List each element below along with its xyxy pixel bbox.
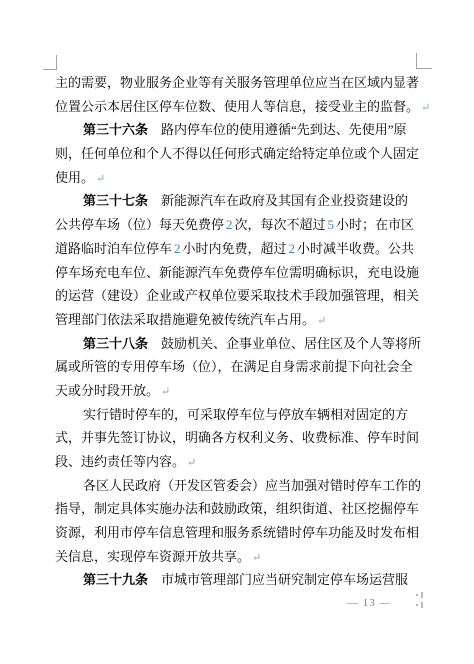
text-segment: 2 — [287, 241, 298, 256]
text-segment: 位置公示本居住区停车位数、使用人等信息，接受业主的监督。 — [55, 99, 419, 114]
text-segment: 管理部门依法采取措施避免被传统汽车占用。 — [55, 312, 315, 327]
text-line: 位置公示本居住区停车位数、使用人等信息，接受业主的监督。↵ — [55, 95, 421, 119]
text-segment: 式，并事先签订协议，明确各方权利义务、收费标准、停车时间 — [55, 430, 419, 445]
article-number: 第三十八条 — [83, 336, 148, 351]
paragraph-mark-icon: ↵ — [185, 457, 196, 469]
text-segment: 路内停车位的使用遵循“先到达、先使用”原 — [148, 122, 407, 137]
text-line: 第三十七条 新能源汽车在政府及其国有企业投资建设的 — [55, 189, 421, 213]
text-boundary-mark-bottom-right-dot — [416, 594, 418, 596]
text-boundary-mark-bottom-right-bar — [421, 592, 423, 598]
article-number: 第三十九条 — [83, 572, 148, 587]
text-segment: 的运营（建设）企业或产权单位要采取技术手段加强管理，相关 — [55, 288, 419, 303]
text-line: 第三十八条 鼓励机关、企事业单位、居住区及个人等将所 — [55, 332, 421, 356]
paragraph-mark-icon: ↵ — [250, 552, 261, 564]
page-number: — 13 — — [347, 597, 392, 609]
text-segment: 使用。 — [55, 170, 94, 185]
text-line: 则，任何单位和个人不得以任何形式确定给特定单位或个人固定 — [55, 142, 421, 166]
paragraph-mark-icon: ↵ — [315, 315, 326, 327]
text-line: 各区人民政府（开发区管委会）应当加强对错时停车工作的 — [55, 474, 421, 498]
text-segment: 属或所管的专用停车场（位），在满足自身需求前提下向社会全 — [55, 359, 413, 374]
text-segment: 5 — [326, 217, 337, 232]
text-boundary-mark-top-left — [43, 55, 57, 70]
article-number: 第三十七条 — [83, 193, 148, 208]
text-line: 指导，制定具体实施办法和鼓励政策，组织街道、社区挖掘停车 — [55, 497, 421, 521]
text-segment: 小时内免费，超过 — [183, 241, 287, 256]
text-segment: 市城市管理部门应当研究制定停车场运营服 — [148, 572, 408, 587]
text-segment: 停车场充电车位、新能源汽车免费停车位需明确标识，充电设施 — [55, 265, 419, 280]
text-boundary-mark-bottom-right-dot — [416, 604, 418, 606]
text-segment: 指导，制定具体实施办法和鼓励政策，组织街道、社区挖掘停车 — [55, 501, 419, 516]
text-segment: 小时；在市区 — [336, 217, 414, 232]
text-segment: 主的需要，物业服务企业等有关服务管理单位应当在区域内显著 — [55, 75, 419, 90]
text-line: 的运营（建设）企业或产权单位要采取技术手段加强管理，相关 — [55, 284, 421, 308]
text-segment: 小时减半收费。公共 — [297, 241, 414, 256]
text-line: 第三十六条 路内停车位的使用遵循“先到达、先使用”原 — [55, 118, 421, 142]
text-line: 关信息，实现停车资源开放共享。↵ — [55, 545, 421, 569]
text-segment: 2 — [172, 241, 183, 256]
text-segment: 天或分时段开放。 — [55, 383, 159, 398]
text-segment: 各区人民政府（开发区管委会）应当加强对错时停车工作的 — [83, 478, 421, 493]
text-block: 主的需要，物业服务企业等有关服务管理单位应当在区域内显著位置公示本居住区停车位数… — [55, 71, 421, 592]
paragraph-mark-icon: ↵ — [159, 386, 170, 398]
text-line: 停车场充电车位、新能源汽车免费停车位需明确标识，充电设施 — [55, 261, 421, 285]
paragraph-mark-icon: ↵ — [419, 102, 430, 114]
text-line: 第三十九条 市城市管理部门应当研究制定停车场运营服 — [55, 568, 421, 592]
text-segment: 资源，利用市停车信息管理和服务系统错时停车功能及时发布相 — [55, 525, 419, 540]
document-page: 主的需要，物业服务企业等有关服务管理单位应当在区域内显著位置公示本居住区停车位数… — [0, 0, 474, 664]
text-line: 属或所管的专用停车场（位），在满足自身需求前提下向社会全 — [55, 355, 421, 379]
text-segment: 关信息，实现停车资源开放共享。 — [55, 549, 250, 564]
text-boundary-mark-bottom-right-bar — [421, 602, 423, 608]
text-line: 道路临时泊车位停车2小时内免费，超过2小时减半收费。公共 — [55, 237, 421, 261]
text-segment: 鼓励机关、企事业单位、居住区及个人等将所 — [148, 336, 421, 351]
text-boundary-mark-top-right — [416, 53, 432, 69]
text-segment: 新能源汽车在政府及其国有企业投资建设的 — [148, 193, 408, 208]
text-segment: 次，每次不超过 — [235, 217, 326, 232]
text-segment: 段、违约责任等内容。 — [55, 454, 185, 469]
text-line: 公共停车场（位）每天免费停2次，每次不超过5小时；在市区 — [55, 213, 421, 237]
text-line: 段、违约责任等内容。↵ — [55, 450, 421, 474]
article-number: 第三十六条 — [83, 122, 148, 137]
text-line: 式，并事先签订协议，明确各方权利义务、收费标准、停车时间 — [55, 426, 421, 450]
text-segment: 实行错时停车的，可采取停车位与停放车辆相对固定的方 — [83, 407, 408, 422]
text-segment: 公共停车场（位）每天免费停 — [55, 217, 224, 232]
text-line: 主的需要，物业服务企业等有关服务管理单位应当在区域内显著 — [55, 71, 421, 95]
text-segment: 2 — [224, 217, 235, 232]
text-line: 管理部门依法采取措施避免被传统汽车占用。↵ — [55, 308, 421, 332]
paragraph-mark-icon: ↵ — [94, 173, 105, 185]
text-line: 资源，利用市停车信息管理和服务系统错时停车功能及时发布相 — [55, 521, 421, 545]
text-line: 实行错时停车的，可采取停车位与停放车辆相对固定的方 — [55, 403, 421, 427]
text-line: 天或分时段开放。↵ — [55, 379, 421, 403]
text-segment: 道路临时泊车位停车 — [55, 241, 172, 256]
text-line: 使用。↵ — [55, 166, 421, 190]
text-segment: 则，任何单位和个人不得以任何形式确定给特定单位或个人固定 — [55, 146, 419, 161]
